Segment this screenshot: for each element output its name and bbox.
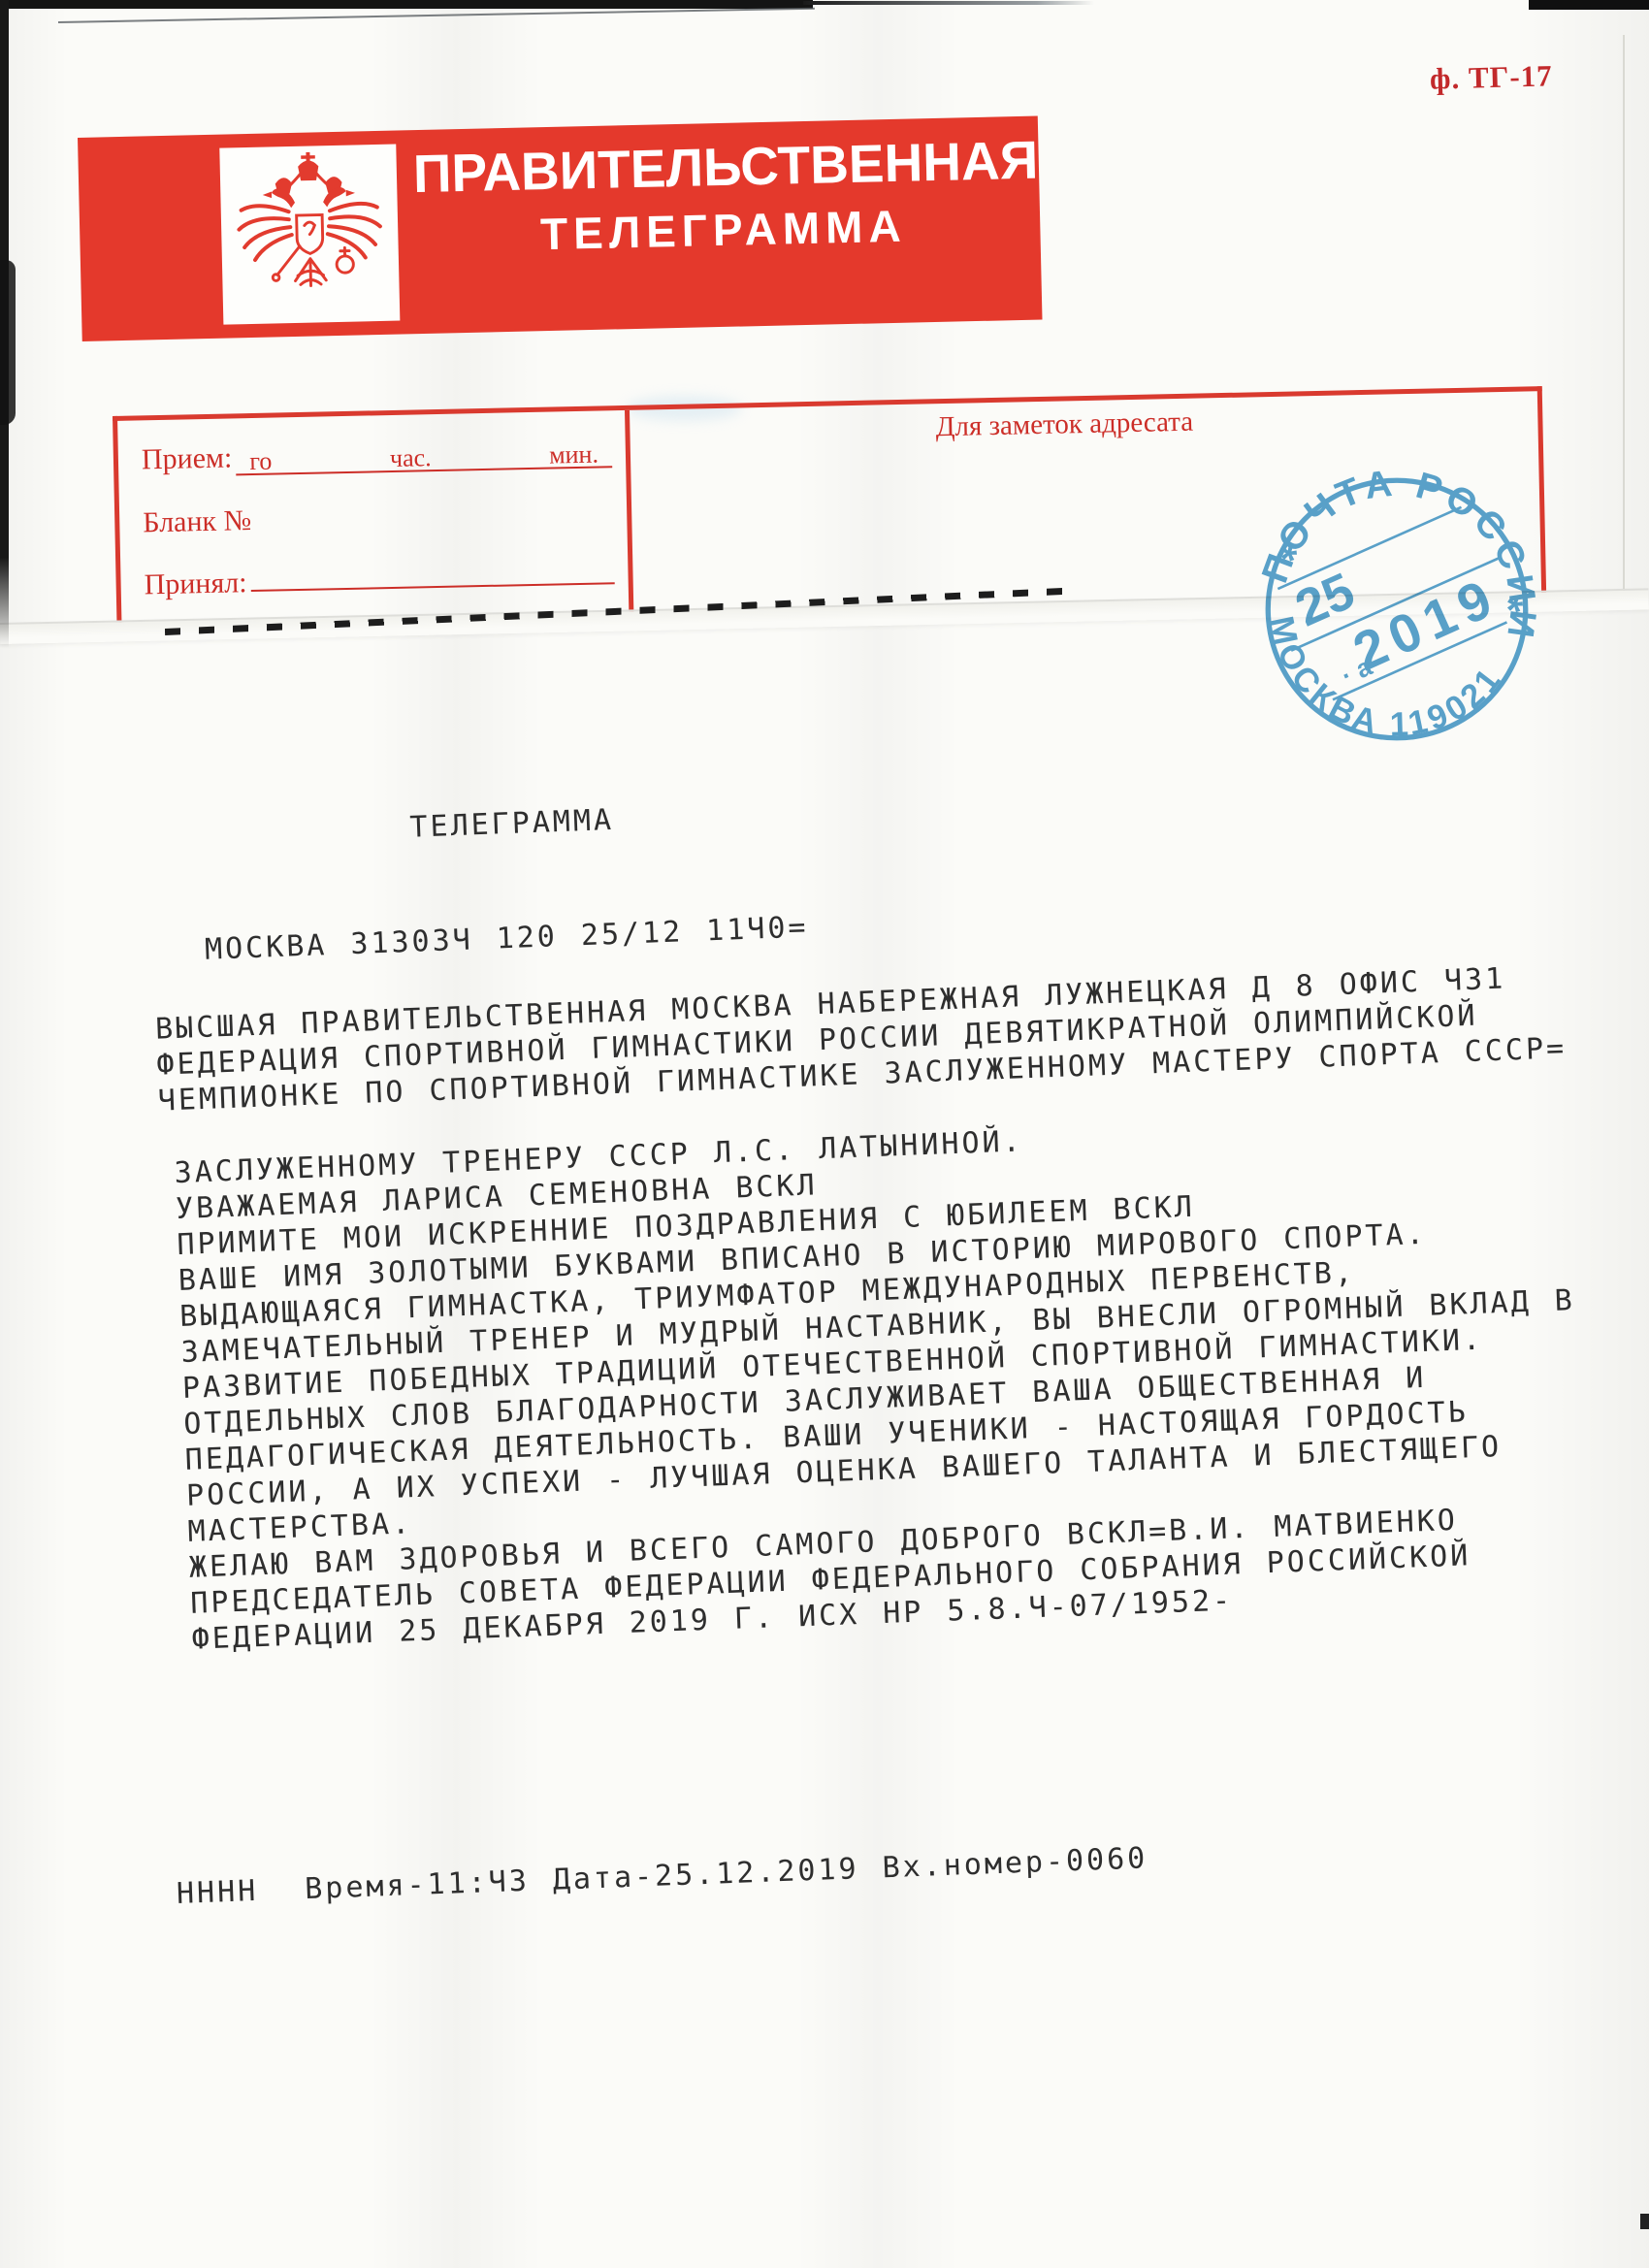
priem-row: Прием: го час. мин. [142, 434, 613, 477]
government-telegram-banner: ПРАВИТЕЛЬСТВЕННАЯ ТЕЛЕГРАММА [78, 116, 1043, 341]
under-sheet-edge-line [58, 8, 815, 23]
prinyal-row: Принял: [144, 559, 615, 601]
addressee-notes-label: Для заметок адресата [630, 400, 1499, 450]
double-headed-eagle-icon [228, 149, 391, 320]
priem-unit-min: мин. [549, 440, 598, 470]
priem-underline: го час. мин. [236, 437, 612, 475]
telegram-origin-line: МОСКВА 31303Ч 120 25/12 11Ч0= [149, 879, 1624, 970]
scanner-edge-top [0, 0, 813, 9]
telegram-address-block: ВЫСШАЯ ПРАВИТЕЛЬСТВЕННАЯ МОСКВА НАБЕРЕЖН… [152, 956, 1630, 1119]
scanner-edge-top-taper [803, 1, 1094, 5]
reception-form-left-cell: Прием: го час. мин. Бланк № Принял: [117, 410, 633, 628]
telegram-body-block: ЗАСЛУЖЕННОМУ ТРЕНЕРУ СССР Л.С. ЛАТЫНИНОЙ… [158, 1101, 1649, 1659]
scanned-telegram-document: ф. ТГ-17 [0, 0, 1649, 2268]
banner-title-line2: ТЕЛЕГРАММА [414, 198, 1033, 262]
prinyal-label: Принял: [144, 567, 247, 601]
telegram-heading: ТЕЛЕГРАММА [145, 764, 1620, 856]
banner-titles: ПРАВИТЕЛЬСТВЕННАЯ ТЕЛЕГРАММА [412, 130, 1033, 262]
paper-edge-right [1623, 35, 1625, 596]
coat-of-arms-box [219, 145, 400, 325]
scanner-edge-left-blob [0, 260, 16, 425]
blank-label: Бланк № [143, 504, 252, 539]
scanner-edge-top-right [1529, 0, 1649, 10]
form-code: ф. ТГ-17 [1430, 58, 1554, 96]
priem-unit-chas: час. [390, 443, 432, 473]
telegram-typed-text: ТЕЛЕГРАММА МОСКВА 31303Ч 120 25/12 11Ч0=… [145, 764, 1649, 1658]
priem-unit-go: го [249, 447, 273, 476]
priem-label: Прием: [142, 441, 233, 476]
telegram-footer-line: НННН Время-11:ЧЗ Дата-25.12.2019 Вх.номе… [176, 1841, 1148, 1911]
banner-title-line1: ПРАВИТЕЛЬСТВЕННАЯ [412, 130, 1031, 204]
prinyal-underline [251, 582, 615, 592]
scanner-edge-right-mark [1640, 2214, 1649, 2229]
blank-row: Бланк № [143, 497, 614, 539]
